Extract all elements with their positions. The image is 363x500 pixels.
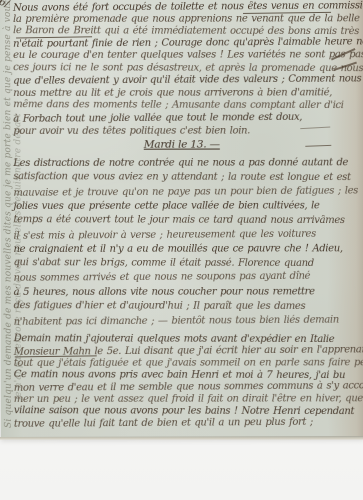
handwriting-line: le Baron de Breitt qui a été immédiateme… xyxy=(0,25,363,37)
handwriting-line: mer un peu ; le vent assez quel froid il… xyxy=(1,393,363,405)
handwriting-line: Les distractions de notre contrée qui ne… xyxy=(0,157,363,169)
handwriting-line: à Forbach tout une jolie vallée que tout… xyxy=(0,111,363,125)
handwriting-line: n'était pourtant finie de rien ; Courage… xyxy=(0,36,363,50)
handwriting-line: même dans des moments telle ; Amusante d… xyxy=(0,99,363,111)
letter-page: 6/ Nous avons été fort occupés de toilet… xyxy=(0,0,363,438)
handwriting-line: que d'elles devaient y avoir qu'il était… xyxy=(0,73,363,87)
handwriting-line: satisfaction que vous aviez en y attenda… xyxy=(0,171,363,183)
handwriting-line: jolies vues que présente cette place val… xyxy=(0,200,363,212)
handwriting-line: mauvaise et je trouve qu'on ne paye pas … xyxy=(0,185,363,199)
date-heading: Mardi le 13. — xyxy=(0,138,363,151)
handwriting-line: il s'est mis à pleuvoir à verse ; heureu… xyxy=(0,228,363,242)
handwriting-line: à 5 heures, nous allons vite nous couche… xyxy=(1,286,363,298)
handwriting-line: qui s'abat sur les brigs, comme il était… xyxy=(1,257,363,269)
margin-cross-writing: je n'ai pas encore reçu de vos nouvelles… xyxy=(13,60,24,400)
handwriting-line: n'habitent pas ici dimanche ; — bientôt … xyxy=(1,314,363,328)
handwriting-line: mon verre d'eau et il me semble que nous… xyxy=(1,380,363,394)
handwriting-line: trouve qu'elle lui fait tant de bien et … xyxy=(1,416,363,430)
handwriting-line: tout que j'étais fatiguée et que j'avais… xyxy=(1,357,363,369)
handwriting-line: temps a été couvert tout le jour mais ce… xyxy=(0,214,363,226)
handwriting-line: Ce matin nous avons pris avec bain Henri… xyxy=(1,369,363,381)
handwriting-line: eu le courage d'en tenter quelques valse… xyxy=(0,49,363,61)
screenshot-root: { "document": { "kind": "scanned handwri… xyxy=(0,0,363,500)
handwriting-line: vilaine saison que nous avons pour les b… xyxy=(1,405,363,417)
paper-bottom-edge xyxy=(0,437,363,440)
handwriting-line: nous sommes arrivés et que nous ne soupo… xyxy=(1,270,363,284)
handwriting-line: ne craignaient et il n'y a eu de mouillé… xyxy=(1,243,363,255)
handwriting-line: Demain matin j'ajouterai quelques mots a… xyxy=(1,333,363,345)
handwriting-line: nous mettre au lit et je crois que nous … xyxy=(0,87,363,99)
handwriting-line: la première promenade que nous apprenion… xyxy=(0,13,363,25)
handwriting-line: des fatigues d'hier et d'aujourd'hui ; I… xyxy=(1,300,363,312)
handwriting-line: ces jours ici ne le sont pas désastreux,… xyxy=(0,62,363,74)
